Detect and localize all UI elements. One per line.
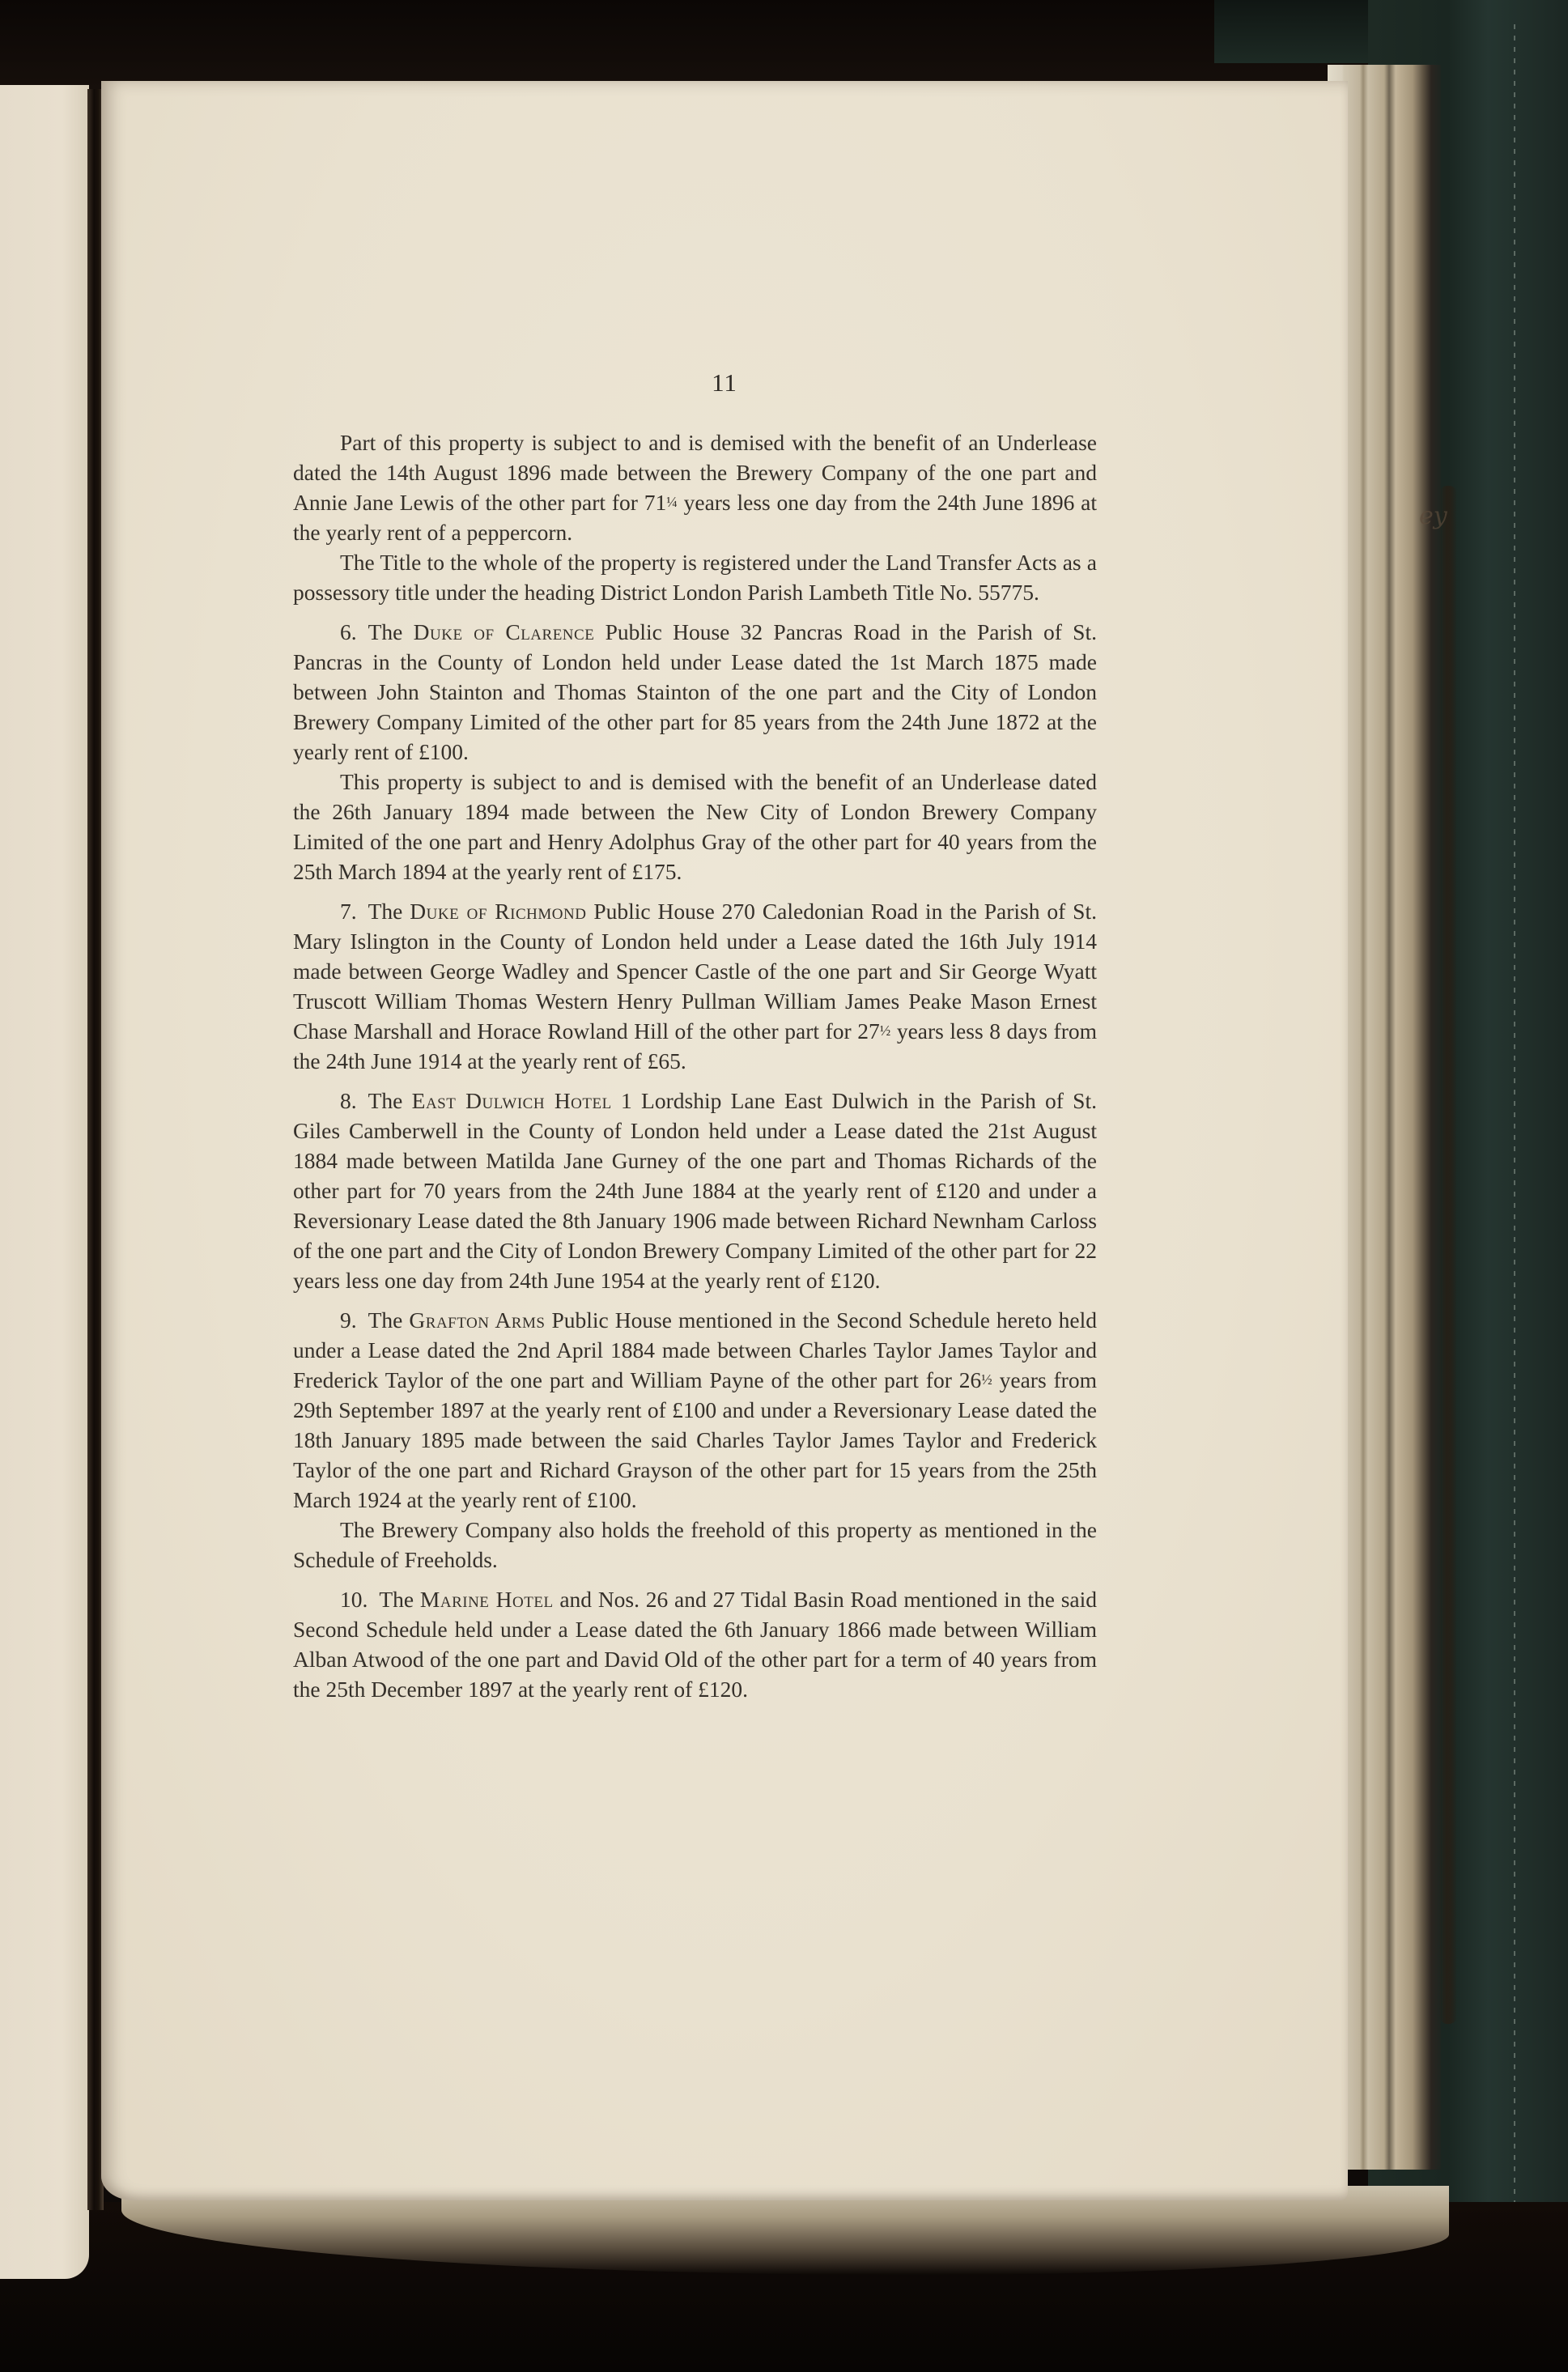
fraction: ½ — [880, 1022, 891, 1039]
text-segment: The Title to the whole of the property i… — [293, 550, 1097, 605]
item-number: 7. — [340, 899, 357, 924]
text-segment: The — [379, 1587, 420, 1612]
paragraph: Part of this property is subject to and … — [293, 427, 1097, 547]
numbered-item-10: 10.The Marine Hotel and Nos. 26 and 27 T… — [293, 1584, 1097, 1704]
text-segment: The — [368, 1088, 412, 1113]
item-number: 10. — [340, 1587, 368, 1612]
numbered-item-6: 6.The Duke of Clarence Public House 32 P… — [293, 617, 1097, 767]
fraction: ¼ — [666, 494, 678, 510]
paragraph: The Title to the whole of the property i… — [293, 547, 1097, 607]
property-name: Marine Hotel — [420, 1587, 554, 1612]
body-text: Part of this property is subject to and … — [293, 427, 1097, 1704]
cover-stitching — [1514, 24, 1515, 2259]
text-segment: The — [368, 619, 414, 644]
text-segment: The — [368, 1307, 410, 1333]
item-number: 9. — [340, 1307, 357, 1333]
numbered-item-7: 7.The Duke of Richmond Public House 270 … — [293, 896, 1097, 1076]
fraction: ½ — [981, 1371, 992, 1388]
item-number: 8. — [340, 1088, 357, 1113]
left-facing-page — [0, 85, 89, 2279]
text-segment: This property is subject to and is demis… — [293, 769, 1097, 884]
handwritten-margin-note: ey — [1419, 502, 1447, 530]
property-name: Duke of Clarence — [414, 619, 595, 644]
text-segment: The — [368, 899, 410, 924]
edge-stain — [1439, 486, 1457, 2024]
text-segment: The Brewery Company also holds the freeh… — [293, 1517, 1097, 1572]
numbered-item-9: 9.The Grafton Arms Public House mentione… — [293, 1305, 1097, 1515]
paragraph: The Brewery Company also holds the freeh… — [293, 1515, 1097, 1575]
numbered-item-8: 8.The East Dulwich Hotel 1 Lordship Lane… — [293, 1086, 1097, 1295]
page-number: 11 — [101, 368, 1348, 397]
document-page: 11 Part of this property is subject to a… — [101, 81, 1348, 2200]
item-number: 6. — [340, 619, 357, 644]
property-name: Grafton Arms — [409, 1307, 545, 1333]
text-segment: 1 Lordship Lane East Dulwich in the Pari… — [293, 1088, 1097, 1293]
property-name: East Dulwich Hotel — [412, 1088, 612, 1113]
property-name: Duke of Richmond — [410, 899, 586, 924]
paragraph: This property is subject to and is demis… — [293, 767, 1097, 886]
